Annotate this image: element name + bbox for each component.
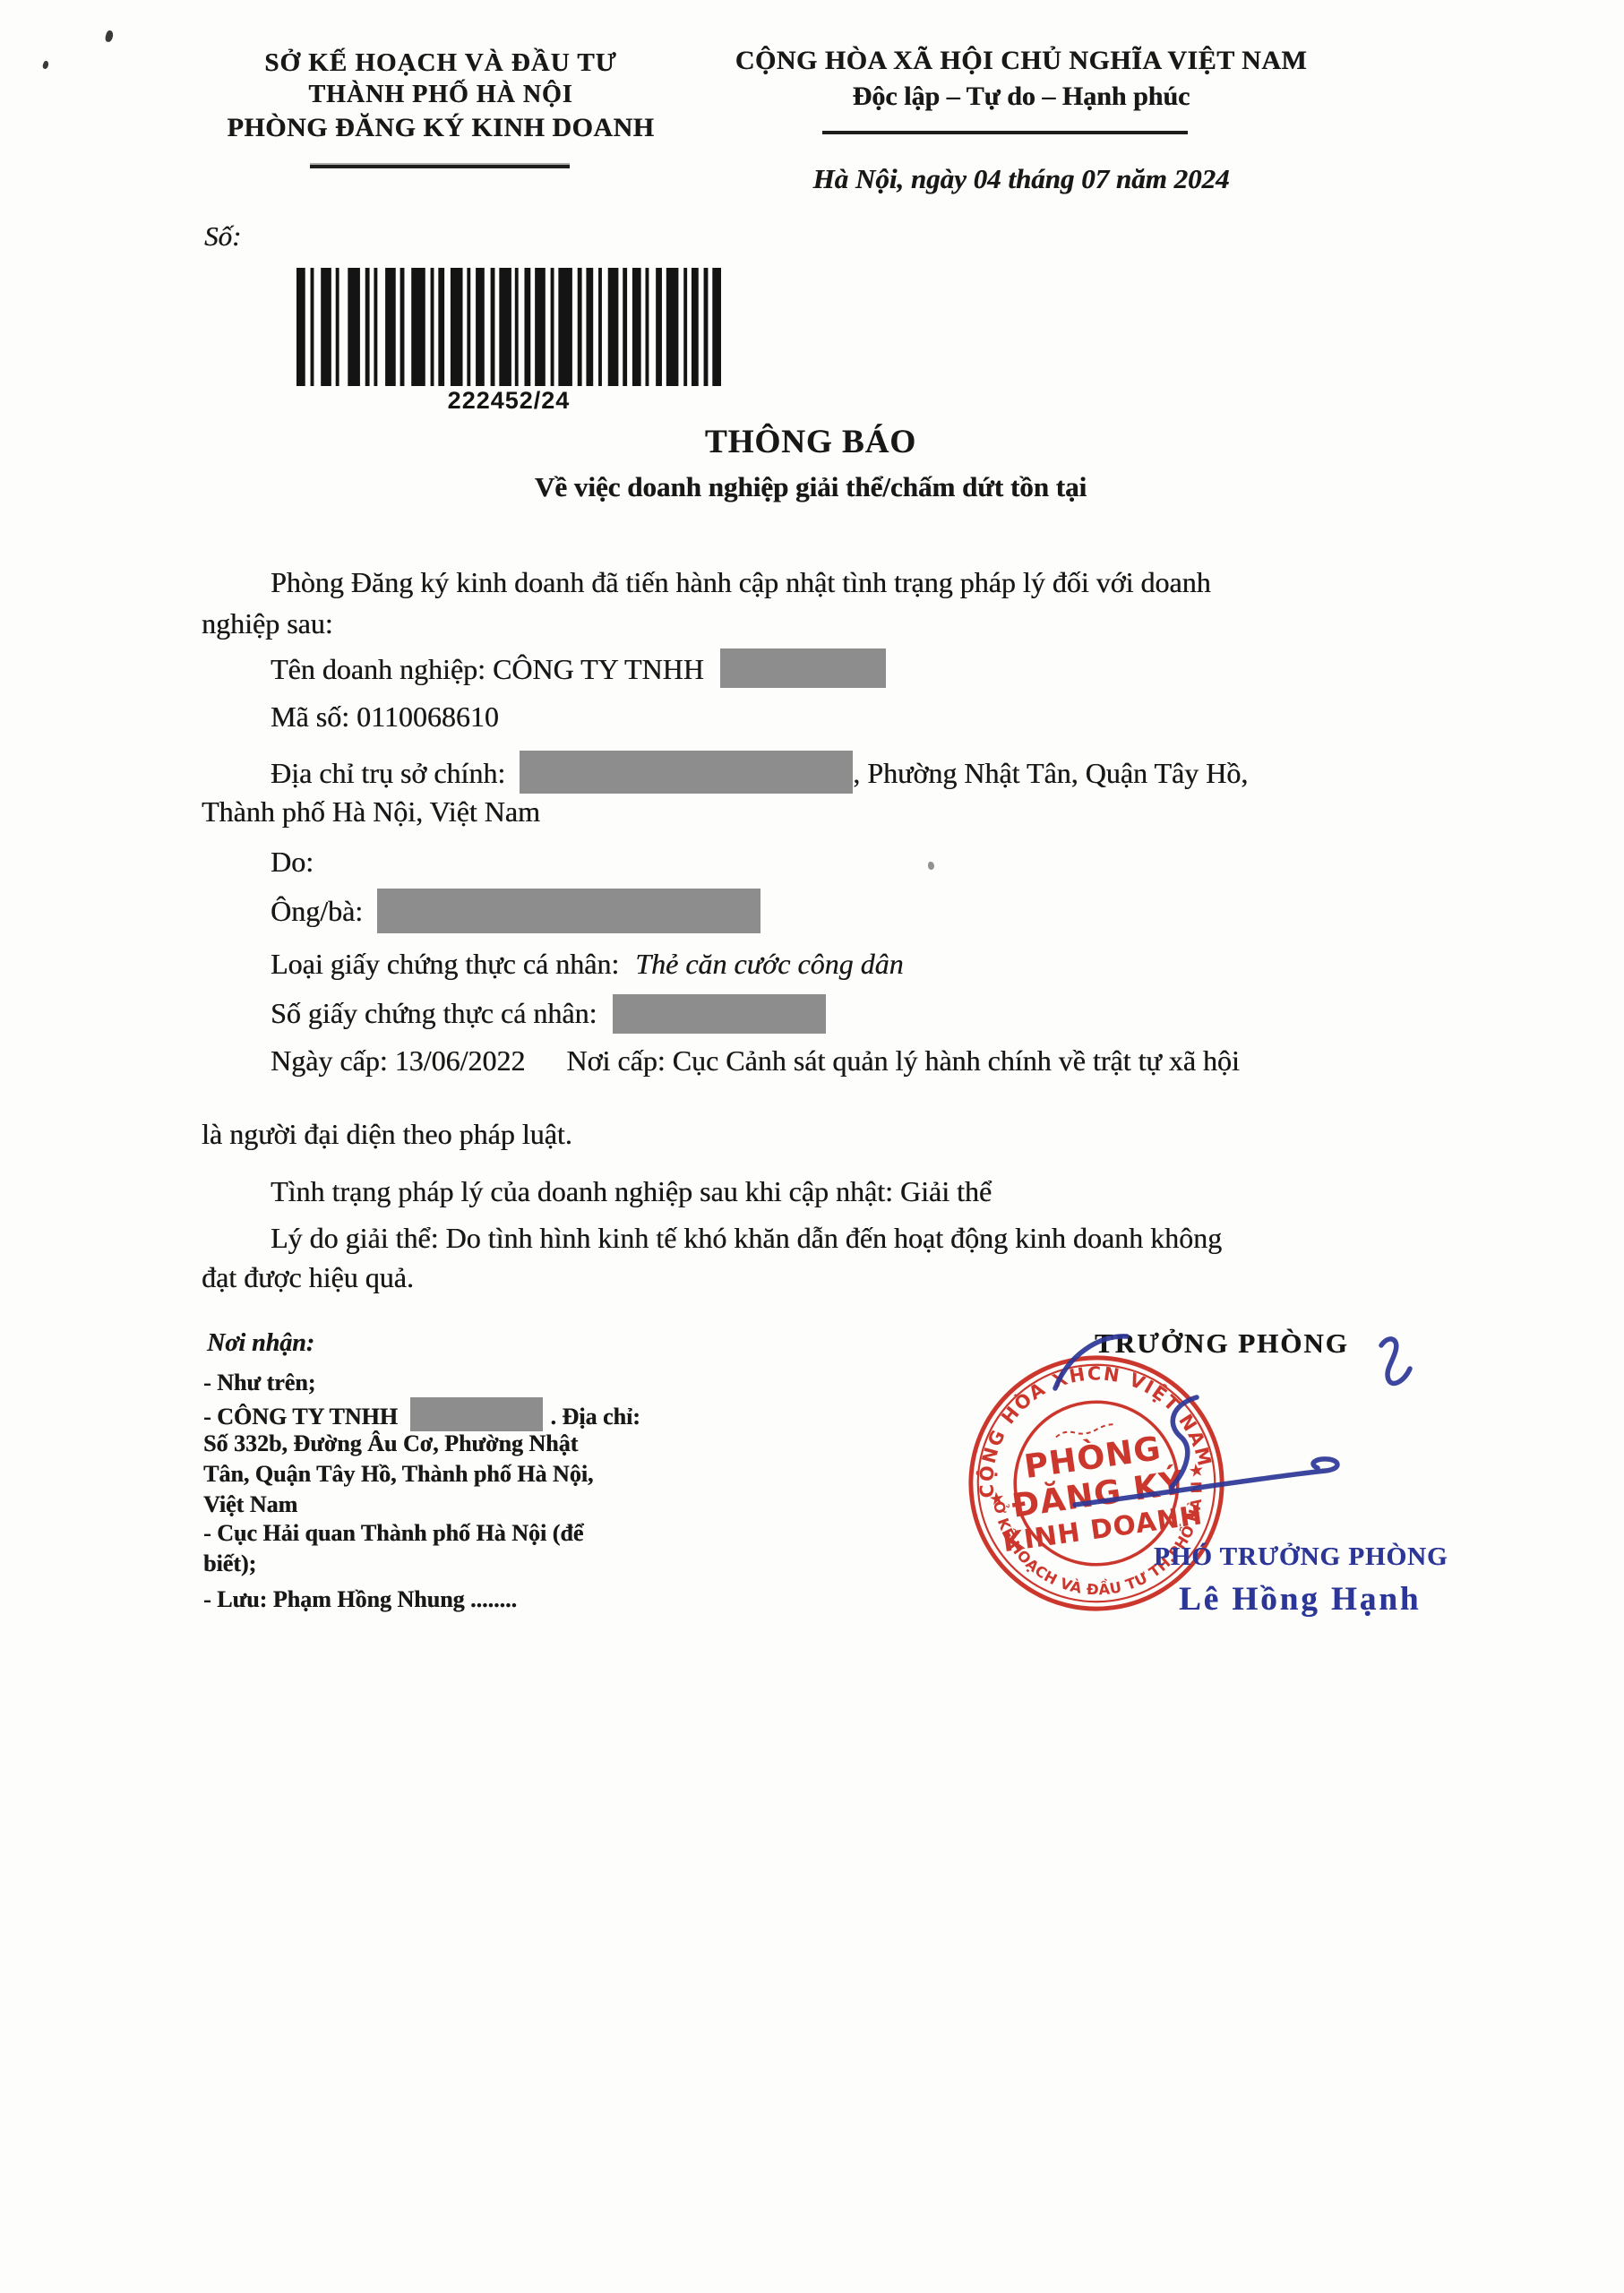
legal-status-line: Tình trạng pháp lý của doanh nghiệp sau … [271, 1173, 992, 1209]
issuer-block: SỞ KẾ HOẠCH VÀ ĐẦU TƯ THÀNH PHỐ HÀ NỘI P… [190, 47, 692, 145]
person-label: Ông/bà: [271, 895, 363, 927]
redaction-box-id-number [613, 994, 826, 1034]
address-line1: Địa chỉ trụ sở chính: , Phường Nhật Tân,… [271, 751, 1248, 794]
paragraph-intro-line2: nghiệp sau: [202, 605, 333, 641]
issuer-office: PHÒNG ĐĂNG KÝ KINH DOANH [190, 111, 692, 145]
official-stamp: CỘNG HÒA XHCN VIỆT NAM SỞ KẾ HOẠCH VÀ ĐẦ… [958, 1351, 1234, 1616]
scan-speck [104, 30, 115, 43]
issue-date-line: Ngày cấp: 13/06/2022 Nơi cấp: Cục Cảnh s… [271, 1043, 1240, 1078]
address-line2: Thành phố Hà Nội, Việt Nam [202, 794, 540, 829]
barcode-icon [296, 268, 721, 386]
legal-representative-line: là người đại diện theo pháp luật. [202, 1116, 572, 1152]
redaction-box-recipient-company [410, 1397, 543, 1431]
issuer-city: THÀNH PHỐ HÀ NỘI [190, 79, 692, 111]
title-block: THÔNG BÁO Về việc doanh nghiệp giải thể/… [363, 423, 1259, 503]
stamp-star-right-icon: ★ [1187, 1459, 1206, 1481]
recipient-item-2-line1: - CÔNG TY TNHH . Địa chỉ: [203, 1397, 640, 1431]
recipient-item-3-line2: biết); [203, 1550, 256, 1578]
stamp-star-left-icon: ★ [987, 1487, 1006, 1509]
stamp-graphic: CỘNG HÒA XHCN VIỆT NAM SỞ KẾ HOẠCH VÀ ĐẦ… [958, 1351, 1234, 1616]
national-motto: Độc lập – Tự do – Hạnh phúc [735, 79, 1308, 115]
recipients-heading: Nơi nhận: [207, 1329, 314, 1358]
recipient-item-3-line1: - Cục Hải quan Thành phố Hà Nội (để [203, 1519, 583, 1548]
id-type-label: Loại giấy chứng thực cá nhân: [271, 948, 619, 980]
id-number-line: Số giấy chứng thực cá nhân: [271, 994, 826, 1034]
recipient-item-4: - Lưu: Phạm Hồng Nhung ........ [203, 1585, 517, 1614]
dissolution-reason-line2: đạt được hiệu quả. [202, 1259, 414, 1295]
barcode-block: 222452/24 [296, 268, 721, 422]
paragraph-intro-line1: Phòng Đăng ký kinh doanh đã tiến hành cậ… [271, 564, 1211, 600]
redaction-box-company-name [720, 648, 886, 688]
motto-divider [822, 131, 1188, 134]
issue-place: Nơi cấp: Cục Cảnh sát quản lý hành chính… [566, 1044, 1239, 1077]
recipient-company-suffix: . Địa chỉ: [550, 1404, 640, 1430]
company-name-label: Tên doanh nghiệp: CÔNG TY TNHH [271, 653, 704, 685]
document-page: SỞ KẾ HOẠCH VÀ ĐẦU TƯ THÀNH PHỐ HÀ NỘI P… [0, 0, 1624, 2293]
recipient-item-2-line4: Việt Nam [203, 1490, 297, 1519]
national-title: CỘNG HÒA XÃ HỘI CHỦ NGHĨA VIỆT NAM [735, 43, 1308, 79]
recipient-item-2-line2: Số 332b, Đường Âu Cơ, Phường Nhật [203, 1430, 578, 1458]
issue-date: Ngày cấp: 13/06/2022 [271, 1044, 525, 1077]
scan-speck [42, 60, 50, 70]
id-type-line: Loại giấy chứng thực cá nhân: Thẻ căn cư… [271, 946, 904, 982]
recipient-item-1: - Như trên; [203, 1369, 315, 1397]
signer-name: Lê Hồng Hạnh [1179, 1580, 1421, 1619]
issuer-department: SỞ KẾ HOẠCH VÀ ĐẦU TƯ [190, 47, 692, 79]
signature-initials [1381, 1339, 1410, 1384]
document-subtitle: Về việc doanh nghiệp giải thể/chấm dứt t… [363, 471, 1259, 503]
barcode-number: 222452/24 [296, 387, 721, 415]
signer-title: TRƯỞNG PHÒNG [1095, 1327, 1349, 1360]
address-label: Địa chỉ trụ sở chính: [271, 757, 505, 789]
national-header-block: CỘNG HÒA XÃ HỘI CHỦ NGHĨA VIỆT NAM Độc l… [735, 43, 1308, 115]
company-name-line: Tên doanh nghiệp: CÔNG TY TNHH [271, 648, 886, 688]
redaction-box-person-name [377, 889, 760, 933]
document-number-label: Số: [204, 220, 241, 253]
deputy-title: PHÓ TRƯỞNG PHÒNG [1154, 1542, 1448, 1572]
recipient-item-2-line3: Tân, Quận Tây Hồ, Thành phố Hà Nội, [203, 1460, 593, 1489]
date-line: Hà Nội, ngày 04 tháng 07 năm 2024 [735, 163, 1308, 195]
dissolution-reason-line1: Lý do giải thể: Do tình hình kinh tế khó… [271, 1220, 1222, 1256]
document-title: THÔNG BÁO [363, 423, 1259, 461]
scan-speck [928, 862, 934, 870]
issuer-divider [310, 165, 570, 168]
id-type-value: Thẻ căn cước công dân [635, 948, 903, 980]
tax-code-line: Mã số: 0110068610 [271, 699, 499, 734]
recipient-company-prefix: - CÔNG TY TNHH [203, 1404, 398, 1430]
redaction-box-address [520, 751, 853, 794]
do-label-line: Do: [271, 844, 314, 880]
address-rest: , Phường Nhật Tân, Quận Tây Hồ, [853, 757, 1248, 789]
person-line: Ông/bà: [271, 889, 760, 933]
id-number-label: Số giấy chứng thực cá nhân: [271, 997, 597, 1029]
